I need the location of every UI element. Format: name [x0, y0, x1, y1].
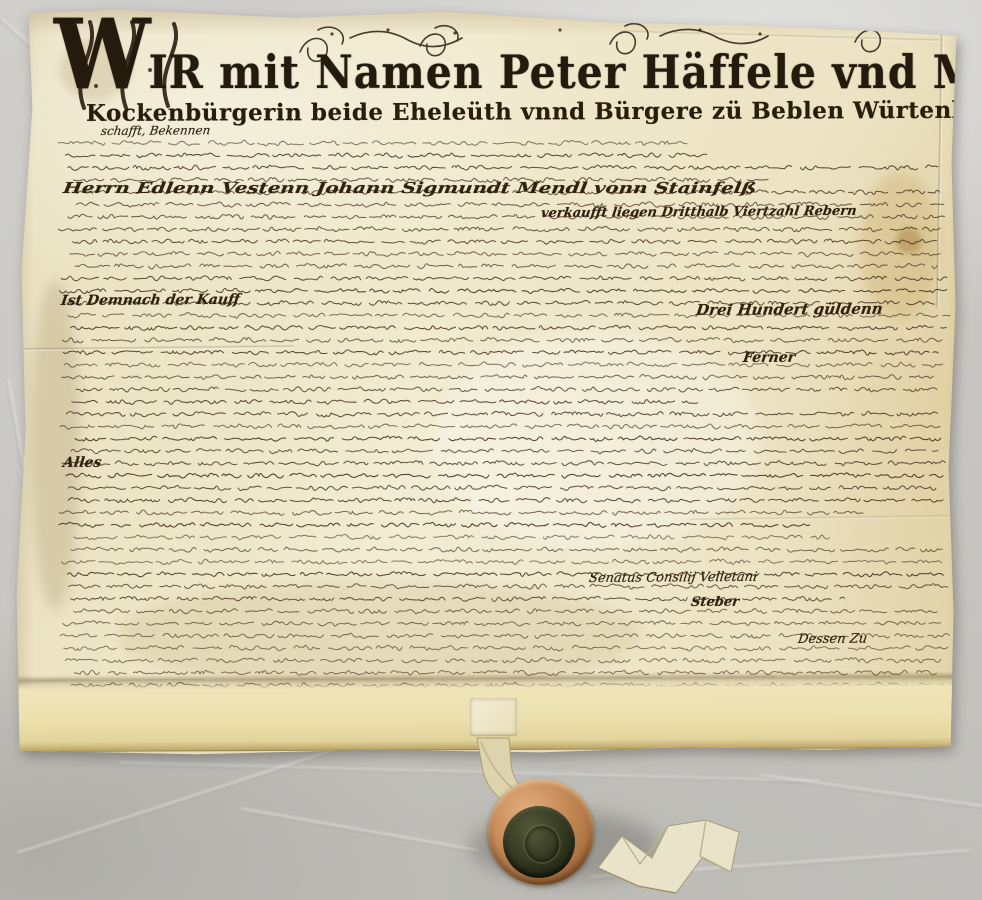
crumpled-parchment-strip	[0, 0, 982, 900]
photograph-of-parchment-deed: WIR mit Namen Peter Häffele vnd Martha K…	[0, 0, 982, 900]
